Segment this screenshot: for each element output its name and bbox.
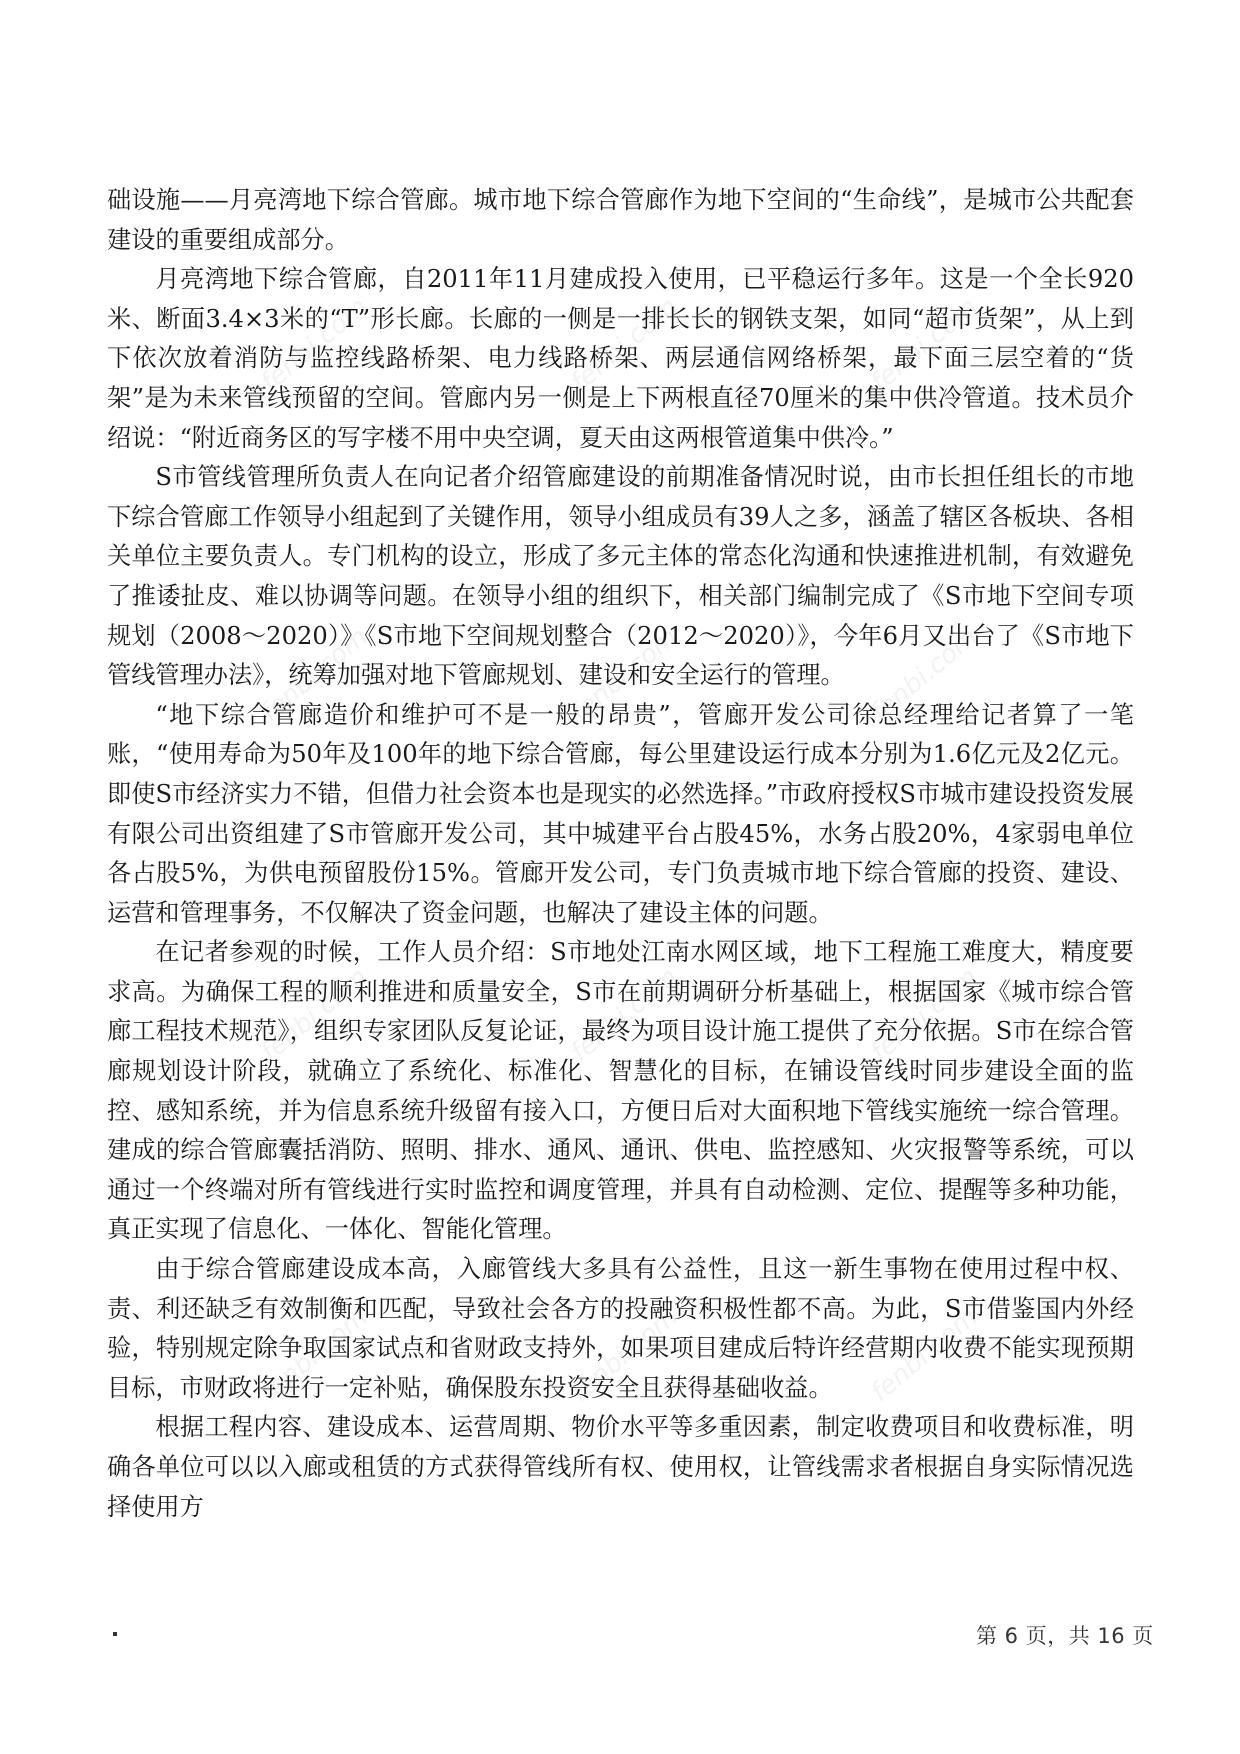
- paragraph: S市管线管理所负责人在向记者介绍管廊建设的前期准备情况时说，由市长担任组长的市地…: [107, 458, 1134, 696]
- document-body: 础设施——月亮湾地下综合管廊。城市地下综合管廊作为地下空间的“生命线”，是城市公…: [107, 181, 1134, 1527]
- paragraph: “地下综合管廊造价和维护可不是一般的昂贵”，管廊开发公司徐总经理给记者算了一笔账…: [107, 696, 1134, 934]
- paragraph: 由于综合管廊建设成本高，入廊管线大多具有公益性，且这一新生事物在使用过程中权、责…: [107, 1250, 1134, 1408]
- footer-bullet: [113, 1632, 117, 1636]
- document-page: 础设施——月亮湾地下综合管廊。城市地下综合管廊作为地下空间的“生命线”，是城市公…: [0, 0, 1240, 1754]
- paragraph: 在记者参观的时候，工作人员介绍：S市地处江南水网区域，地下工程施工难度大，精度要…: [107, 933, 1134, 1250]
- paragraph: 月亮湾地下综合管廊，自2011年11月建成投入使用，已平稳运行多年。这是一个全长…: [107, 260, 1134, 458]
- paragraph: 础设施——月亮湾地下综合管廊。城市地下综合管廊作为地下空间的“生命线”，是城市公…: [107, 181, 1134, 260]
- paragraph: 根据工程内容、建设成本、运营周期、物价水平等多重因素，制定收费项目和收费标准，明…: [107, 1408, 1134, 1527]
- page-number: 第 6 页，共 16 页: [976, 1620, 1154, 1650]
